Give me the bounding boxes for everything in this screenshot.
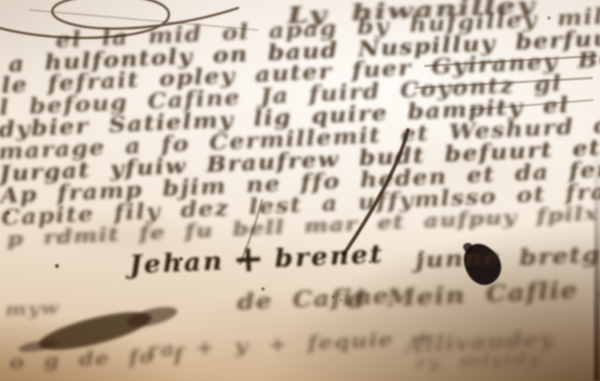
- handwriting-line: ra + y + fequie +: [147, 325, 434, 361]
- side-note: junne: [415, 244, 501, 274]
- page-edge-shadow: [594, 146, 600, 381]
- side-note: bretg: [519, 242, 600, 272]
- signature-name: Jehan: [129, 246, 225, 279]
- handwriting-block: Ly hiwanilley el la mid ol apag by hufgi…: [0, 0, 600, 381]
- manuscript-photo: Ly hiwanilley el la mid ol apag by hufgi…: [0, 0, 600, 381]
- handwriting-line: myw: [5, 298, 60, 321]
- signature-cross-mark: +: [232, 237, 268, 280]
- handwriting-line: d Mein Caflie 5: [347, 275, 600, 314]
- signature-jehan-brenet: Jehan+brenet: [129, 239, 385, 279]
- handwriting-line: o g de fo f: [9, 344, 185, 374]
- signature-surname: brenet: [274, 239, 385, 273]
- handwriting-line: ry mlyidy: [416, 348, 543, 374]
